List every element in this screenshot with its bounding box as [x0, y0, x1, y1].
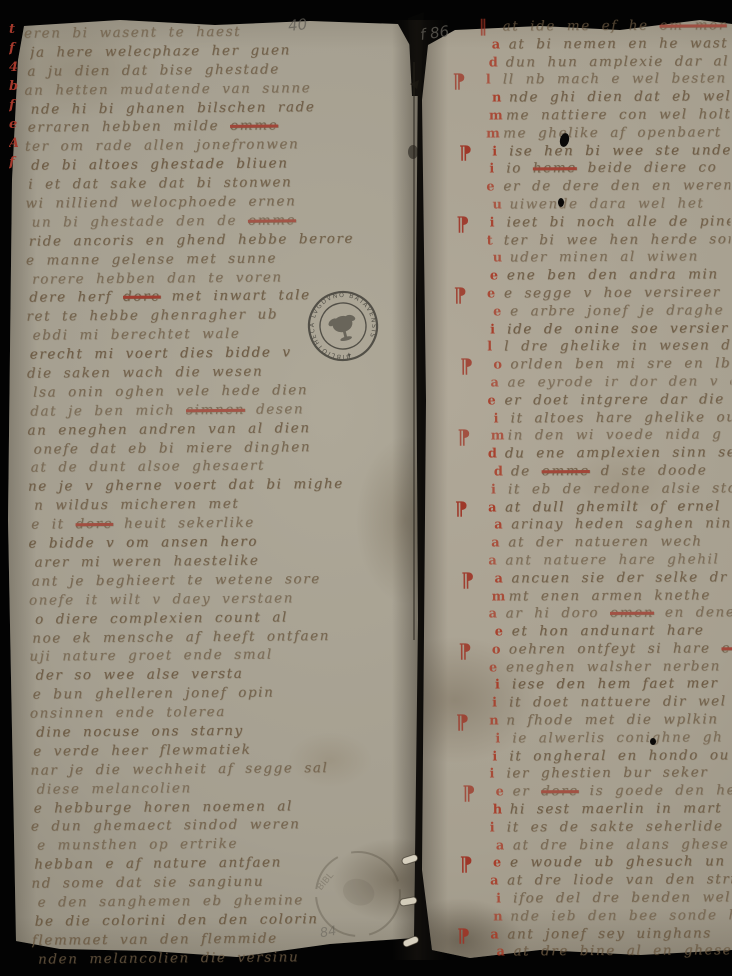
text-run: i et dat sake dat bi stonwen — [28, 174, 292, 192]
parchment-hole — [558, 198, 564, 207]
manuscript-line: aarinay heden saghen nin — [461, 516, 732, 535]
text-run: e den sanghemen eb ghemine — [37, 892, 303, 910]
red-versal-letter: e — [487, 393, 497, 408]
text-run: die saken wach die wesen — [27, 364, 263, 382]
text-run: ja here welecphaze her guen — [30, 42, 291, 60]
text-run: wi nilliend welocphoede ernen — [25, 193, 296, 211]
red-struck-word: omme — [230, 118, 278, 134]
text-run: eren bi wasent te haest — [24, 24, 241, 42]
red-struck-word: dore — [75, 516, 113, 532]
text-run: flemmaet van den flemmide — [32, 930, 278, 948]
text-run: noe ek mensche af heeft ontfaen — [32, 628, 330, 647]
text-run: at dull ghemilt of ernel — [505, 498, 721, 515]
manuscript-line: eer de dere den en weren — [453, 177, 730, 196]
text-run: onefe it wilt v daey verstaen — [29, 590, 294, 608]
red-struck-word: heme — [533, 160, 577, 176]
text-run: e it — [31, 516, 75, 532]
text-run: uji nature groet ende smal — [29, 647, 272, 665]
text-run: arer mi weren haestelike — [35, 553, 260, 571]
manuscript-line: aar hi doro omen en dene — [456, 605, 732, 624]
red-pilcrow-mark: ¶ — [455, 498, 468, 517]
manuscript-line: tter bi wee hen herde sore — [454, 231, 731, 250]
edge-red-fragment: f — [9, 41, 18, 60]
red-versal-letter: i — [495, 731, 502, 746]
text-run: dat je ben mich — [30, 402, 186, 419]
text-run: hi sest maerlin in mart — [510, 800, 723, 817]
manuscript-line: aat bi nemen en he wast — [459, 35, 730, 54]
text-run: n wildus micheren met — [34, 496, 239, 514]
text-run: n fhode met die wplkin — [506, 711, 718, 728]
text-run: ar hi doro — [506, 605, 610, 622]
manuscript-line: aat dre bine alans ghese — [463, 836, 732, 855]
manuscript-line: mme nattiere con wel holte — [456, 106, 730, 125]
faint-stamp-legend: BIBL — [315, 871, 336, 893]
red-struck-word: er — [721, 640, 732, 656]
manuscript-line: hhi sest maerlin in mart — [460, 800, 732, 819]
text-run: der so wee alse versta — [35, 666, 243, 684]
text-run: de — [511, 463, 542, 479]
red-versal-letter: i — [490, 215, 497, 230]
red-versal-letter: m — [491, 429, 506, 444]
red-pilcrow-mark: ¶ — [459, 640, 472, 659]
text-run: at dre bine alans ghese — [513, 836, 730, 853]
text-run: nde hi bi ghanen bilschen rade — [31, 99, 316, 117]
edge-red-fragment: f — [9, 98, 18, 117]
red-versal-letter: i — [494, 411, 501, 426]
manuscript-line: eer doet intgrere dar die gh — [454, 391, 731, 410]
text-run: an eneghen andren van al dien — [27, 420, 310, 438]
text-run: ant je beghieert te wetene sore — [32, 571, 321, 590]
text-run: oehren ontfeyt si hare — [509, 640, 722, 657]
edge-red-fragment: f — [9, 155, 18, 174]
red-versal-letter: a — [488, 500, 498, 515]
red-pilcrow-mark: ¶ — [458, 427, 471, 446]
manuscript-line: ¶ooehren ontfeyt si hare er — [459, 640, 732, 659]
text-run: it eb de redone alsie stou — [508, 480, 732, 497]
manuscript-line: aat dre bine al en ghese — [463, 943, 732, 962]
text-run: er de dere den en weren — [503, 177, 730, 194]
folio-number-left: 40 — [287, 15, 308, 35]
red-initial-mark: ‖ — [479, 17, 489, 36]
manuscript-line: ¶aant jonef sey uinghans — [457, 925, 732, 944]
manuscript-line: aae eyrode ir dor den v de — [457, 373, 731, 392]
text-run: orlden ben mi sre en lb — [510, 355, 731, 372]
parchment-speck — [650, 738, 656, 745]
red-versal-letter: a — [489, 607, 499, 622]
manuscript-line: iifoe del dre benden wel — [463, 889, 732, 908]
text-run: it doet nattuere dir wel — [509, 694, 727, 711]
red-versal-letter: o — [492, 642, 502, 657]
text-run: iese den hem faet mer — [512, 676, 719, 693]
manuscript-line: ddu ene amplexien sinn se — [455, 444, 732, 463]
text-run: e munsthen op ertrike — [37, 836, 238, 854]
red-versal-letter: o — [493, 358, 503, 373]
red-versal-letter: d — [494, 464, 505, 479]
manuscript-line: ee arbre jonef je draghe — [460, 302, 731, 321]
red-versal-letter: a — [496, 838, 506, 853]
manuscript-line: iie alwerlis conighne gh — [462, 729, 732, 748]
red-versal-letter: a — [488, 553, 498, 568]
text-run: er doet intgrere dar die gh — [504, 391, 731, 408]
manuscript-line: eeneghen walsher nerben — [456, 658, 732, 677]
red-versal-letter: e — [490, 269, 500, 284]
text-run: hebban e af nature antfaen — [34, 855, 282, 873]
text-run: et hon andunart hare — [512, 623, 705, 640]
manuscript-line: ll dre ghelike in wesen d — [454, 338, 731, 357]
red-struck-word: omme — [248, 212, 296, 228]
manuscript-line: ‖at ide me ef he om mor — [453, 17, 730, 36]
text-run: ebdi mi berechtet wale — [33, 326, 241, 344]
text-run: ancuen sie der selke dr — [511, 569, 728, 586]
manuscript-line: iiese den hem faet mer — [462, 676, 732, 695]
left-edge-red-marks: tf4bfeAf — [9, 22, 18, 174]
red-versal-letter: l — [486, 73, 493, 88]
text-run: dun hun amplexie dar al — [506, 53, 729, 70]
text-run: an hetten mudatende van sunne — [24, 80, 311, 99]
text-run: ter om rade allen jonefronwen — [25, 137, 300, 155]
manuscript-line: aat dre liode van den stril — [457, 872, 732, 891]
manuscript-line: iit es de sakte seherlide — [457, 818, 732, 837]
manuscript-line: nden melancolien die versinu — [38, 948, 410, 970]
library-stamp: BIBLIOTHECA LVGDVNO BATAVENSIS ✦ — [303, 286, 383, 366]
text-run: ride ancoris en ghend hebbe berore — [29, 231, 354, 250]
text-run: at der natueren wech — [508, 534, 702, 551]
red-struck-word: dore — [123, 289, 161, 305]
text-run: heuit sekerlike — [113, 515, 255, 532]
text-run: ret te hebbe ghenragher ub — [26, 307, 278, 325]
manuscript-line: iier ghestien bur seker — [456, 765, 732, 784]
text-run: lsa onin oghen vele hede dien — [33, 382, 308, 400]
text-run: onefe dat eb bi miere dinghen — [34, 439, 312, 457]
text-run: ant natuere hare ghehil — [505, 551, 719, 568]
red-pilcrow-mark: ¶ — [453, 71, 466, 90]
right-page-text-column: ‖at ide me ef he om moraat bi nemen en h… — [453, 17, 732, 962]
text-run: e arbre jonef je draghe — [510, 302, 724, 319]
text-run: at de dunt alsoe ghesaert — [31, 458, 265, 476]
red-versal-letter: e — [496, 785, 506, 800]
red-struck-word: omme — [542, 463, 590, 479]
red-versal-letter: i — [490, 820, 497, 835]
manuscript-line: nnde ghi dien dat eb wel — [459, 88, 730, 107]
red-versal-letter: u — [493, 251, 504, 266]
red-versal-letter: e — [493, 856, 503, 871]
text-run: at bi nemen en he wast — [509, 35, 729, 52]
text-run: er — [513, 784, 542, 800]
text-run: at ide me ef he — [503, 18, 660, 35]
red-pilcrow-mark: ¶ — [457, 925, 470, 944]
text-run: nd some dat sie sangiunu — [31, 874, 264, 892]
text-run: dere herf — [29, 289, 123, 306]
red-versal-letter: a — [494, 518, 504, 533]
text-run: un bi ghestade den de — [32, 213, 248, 231]
text-run: arinay heden saghen nin — [511, 516, 732, 533]
red-versal-letter: i — [492, 144, 499, 159]
manuscript-line: ¶nn fhode met die wplkin — [456, 711, 732, 730]
manuscript-line: ¶iieet bi noch alle de pines — [457, 213, 731, 232]
text-run: e woude ub ghesuch un — [510, 854, 726, 871]
text-run: nar je die wechheit af segge sal — [30, 760, 328, 779]
red-versal-letter: e — [493, 304, 503, 319]
text-run: ene ben den andra min — [507, 266, 719, 283]
manuscript-line: ¶lll nb mach e wel besten — [453, 71, 730, 90]
red-versal-letter: n — [489, 714, 500, 729]
manuscript-line: ¶min den wi voede nida g — [458, 427, 732, 446]
manuscript-line: iide de onine soe versier — [457, 320, 731, 339]
text-run: du ene amplexien sinn se — [505, 444, 732, 461]
text-run: e hebburge horen noemen al — [34, 798, 293, 816]
red-pilcrow-mark: ¶ — [457, 213, 470, 232]
red-pilcrow-mark: ¶ — [463, 783, 476, 802]
manuscript-line: uuder minen al wiwen — [460, 249, 731, 268]
manuscript-line: ddun hun amplexie dar al — [456, 53, 730, 72]
text-run: ne je v gherne voert dat bi mighe — [28, 476, 344, 495]
red-versal-letter: i — [495, 678, 502, 693]
text-run: ifoe del dre benden wel — [513, 889, 731, 906]
text-run: be die colorini den den colorin — [35, 911, 319, 929]
text-run: io — [506, 161, 533, 177]
text-run: uiwende dara wel het — [509, 195, 704, 212]
red-versal-letter: u — [492, 197, 503, 212]
text-run: at dre liode van den stril — [507, 872, 732, 889]
manuscript-line: iit ongheral en hondo ou — [459, 747, 732, 766]
text-run: me nattiere con wel holte — [506, 106, 730, 123]
text-run: at dre bine al en ghese — [513, 943, 732, 960]
red-versal-letter: a — [496, 945, 506, 960]
manuscript-line: ¶eer dore is goede den hem — [463, 783, 732, 802]
text-run: erraren hebben milde — [28, 118, 230, 136]
text-run: me ghelike af openbaert — [503, 124, 722, 141]
text-run: e manne gelense met sunne — [26, 250, 277, 268]
manuscript-line: iit doet nattuere dir wel — [459, 694, 732, 713]
red-versal-letter: n — [492, 91, 503, 106]
manuscript-line: mme ghelike af openbaert — [453, 124, 730, 143]
red-pilcrow-mark: ¶ — [461, 569, 474, 588]
text-run: e bun ghelleren jonef opin — [33, 685, 275, 703]
red-pilcrow-mark: ¶ — [459, 142, 472, 161]
text-run: ae eyrode ir dor den v de — [507, 373, 731, 390]
red-struck-word: simnen — [186, 402, 245, 419]
manuscript-line: aant natuere hare ghehil — [455, 551, 732, 570]
text-run: it es de sakte seherlide — [507, 818, 724, 835]
red-versal-letter: a — [492, 37, 502, 52]
red-versal-letter: e — [487, 286, 497, 301]
red-versal-letter: e — [489, 660, 499, 675]
manuscript-line: uuiwende dara wel het — [459, 195, 730, 214]
text-run: e verde heer flewmatiek — [33, 742, 251, 760]
text-run: nde ghi dien dat eb wel — [509, 88, 730, 105]
red-versal-letter: a — [490, 927, 500, 942]
text-run: ie alwerlis conighne gh — [512, 729, 723, 746]
text-run: nde ieb den bee sonde he — [510, 907, 732, 924]
manuscript-line: ¶oorlden ben mi sre en lb — [460, 355, 731, 374]
red-versal-letter: d — [489, 55, 500, 70]
text-run: eneghen walsher nerben — [506, 658, 721, 675]
text-run: erecht mi voert dies bidde v — [30, 344, 292, 362]
text-run: de bi altoes ghestade bliuen — [31, 156, 289, 174]
text-run: it altoes hare ghelike ou — [511, 409, 732, 426]
text-run: ieet bi noch alle de pines — [507, 213, 731, 230]
red-versal-letter: a — [491, 536, 501, 551]
red-versal-letter: l — [487, 340, 494, 355]
text-run: onsinnen ende tolerea — [30, 704, 226, 722]
red-versal-letter: i — [492, 696, 499, 711]
red-versal-letter: i — [489, 767, 496, 782]
red-struck-word: om mor — [659, 17, 726, 33]
manuscript-line: dde omme d ste doode — [461, 462, 732, 481]
text-run: e segge v hoe versireer — [504, 284, 721, 301]
manuscript-line: ¶ee woude ub ghesuch un — [460, 854, 732, 873]
text-run: in den wi voede nida g — [508, 427, 723, 444]
red-pilcrow-mark: ¶ — [460, 355, 473, 374]
red-versal-letter: d — [488, 447, 499, 462]
text-run: ant jonef sey uinghans — [507, 925, 712, 942]
red-versal-letter: n — [493, 909, 504, 924]
text-run: dine nocuse ons starny — [36, 723, 244, 741]
red-versal-letter: h — [493, 803, 504, 818]
left-page-text-column: eren bi wasent te haestja here welecphaz… — [24, 22, 410, 970]
manuscript-line: eet hon andunart hare — [462, 622, 732, 641]
manuscript-line: nnde ieb den bee sonde he — [460, 907, 732, 926]
red-struck-word: omen — [610, 605, 654, 621]
edge-red-fragment: t — [9, 22, 18, 41]
red-versal-letter: m — [486, 126, 501, 141]
text-run: ter bi wee hen herde sore — [504, 231, 731, 248]
manuscript-line: ¶aancuen sie der selke dr — [461, 569, 732, 588]
text-run: it ongheral en hondo ou — [509, 747, 730, 764]
edge-red-fragment: A — [9, 136, 18, 155]
text-run: e bidde v om ansen hero — [28, 534, 258, 552]
text-run: uder minen al wiwen — [510, 249, 699, 266]
text-run: a ju dien dat bise ghestade — [27, 61, 280, 79]
manuscript-line: iit altoes hare ghelike ou — [461, 409, 732, 428]
text-run: en dene — [654, 605, 732, 621]
text-run: rorere hebben dan te voren — [32, 269, 283, 287]
manuscript-line: mmt enen armen knethe — [459, 587, 732, 606]
red-versal-letter: a — [494, 571, 504, 586]
stamp-emblem-eagle — [326, 312, 361, 344]
edge-red-fragment: 4 — [9, 60, 18, 79]
manuscript-photo: tf4bfeAf eren bi wasent te haestja here … — [0, 0, 732, 976]
red-pilcrow-mark: ¶ — [460, 854, 473, 873]
red-versal-letter: i — [496, 892, 503, 907]
edge-red-fragment: b — [9, 79, 18, 98]
text-run: desen — [245, 401, 304, 418]
manuscript-line: iio heme beide diere co — [456, 160, 730, 179]
text-run: l dre ghelike in wesen d — [504, 338, 731, 355]
red-versal-letter: m — [489, 108, 504, 123]
text-run: diese melancolien — [36, 780, 191, 797]
text-run: beide diere co — [577, 160, 718, 177]
text-run: ier ghestien bur seker — [506, 765, 708, 782]
text-run: e dun ghemaect sindod weren — [31, 817, 301, 835]
red-versal-letter: e — [495, 625, 505, 640]
red-versal-letter: i — [490, 322, 497, 337]
manuscript-line: ¶iise hen bi wee ste unde — [459, 142, 730, 161]
text-run: met inwart tale — [161, 288, 311, 305]
red-versal-letter: i — [491, 482, 498, 497]
red-versal-letter: a — [490, 874, 500, 889]
red-versal-letter: t — [487, 233, 495, 248]
text-run: d ste doode — [590, 462, 708, 479]
text-run: ise hen bi wee ste unde — [509, 142, 730, 159]
manuscript-line: eene ben den andra min — [457, 266, 731, 285]
red-pilcrow-mark: ¶ — [454, 284, 467, 303]
manuscript-line: ¶ee segge v hoe versireer — [454, 284, 731, 303]
red-versal-letter: i — [492, 749, 499, 764]
red-struck-word: dore — [541, 783, 579, 799]
manuscript-line: aat der natueren wech — [458, 533, 732, 552]
red-versal-letter: e — [486, 180, 496, 195]
text-run: mt enen armen knethe — [509, 587, 712, 604]
red-pilcrow-mark: ¶ — [456, 711, 469, 730]
edge-red-fragment: e — [9, 117, 18, 136]
red-versal-letter: i — [489, 162, 496, 177]
red-versal-letter: a — [490, 375, 500, 390]
red-versal-letter: m — [492, 589, 507, 604]
faint-stamp: BIBL — [310, 846, 406, 942]
text-run: nden melancolien die versinu — [38, 949, 299, 967]
text-run: is goede den hem — [579, 783, 732, 800]
manuscript-line: iit eb de redone alsie stou — [458, 480, 732, 499]
text-run: ll nb mach e wel besten — [503, 71, 727, 88]
text-run: o diere complexien count al — [35, 609, 288, 627]
manuscript-line: ¶aat dull ghemilt of ernel — [455, 498, 732, 517]
stamp-star: ✦ — [345, 351, 353, 360]
text-run: ide de onine soe versier — [507, 320, 729, 337]
